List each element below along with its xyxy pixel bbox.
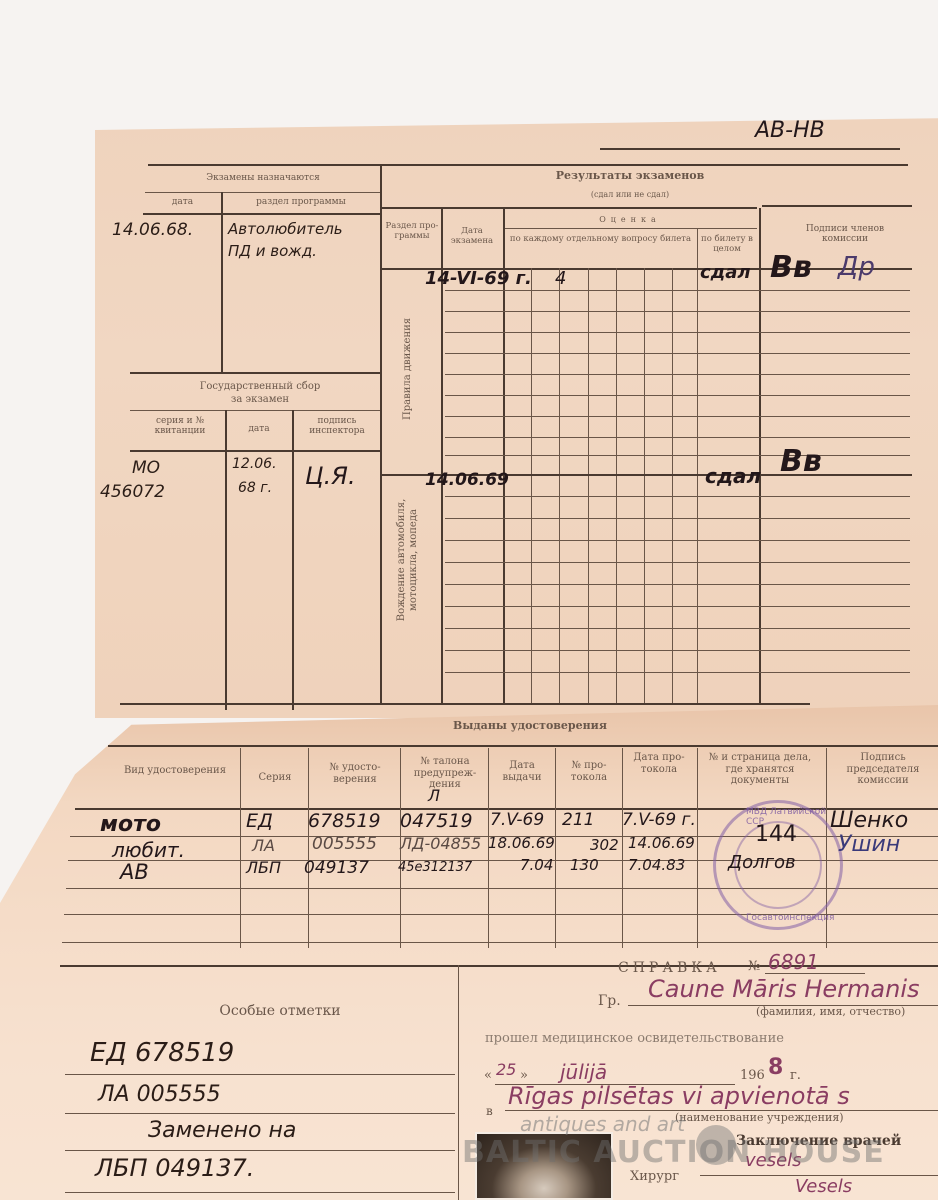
col-talon-number: № талона предупреж-дения [402, 756, 488, 791]
surgeon-label: Хирург [630, 1170, 679, 1185]
col-chair-signature: Подпись председателя комиссии [828, 752, 938, 787]
issue-date-value: 7.V-69 [490, 810, 544, 830]
citizen-label: Гр. [598, 993, 621, 1009]
grid-line [445, 395, 910, 396]
special-mark-line: Заменено на [148, 1118, 296, 1143]
col-license-type: Вид удостоверения [110, 765, 240, 777]
quote-open: « [484, 1069, 492, 1084]
special-marks-title: Особые отметки [150, 1003, 410, 1019]
license-number-value: 049137 [304, 858, 369, 878]
divider [120, 703, 810, 705]
grid-line [672, 268, 673, 704]
col-series: Серия [242, 772, 308, 784]
divider [308, 748, 309, 948]
col-protocol-date: Дата про-токола [624, 752, 694, 775]
fee-date-value-2: 68 г. [238, 480, 272, 496]
col-issue-date: Дата выдачи [490, 760, 554, 783]
writing-line [65, 1192, 455, 1193]
divider [130, 410, 380, 411]
col-protocol-number: № про-токола [556, 760, 622, 783]
grid-line [445, 416, 910, 417]
col-section-label: раздел программы [222, 197, 380, 207]
special-mark-line: ЕД 678519 [90, 1038, 234, 1068]
divider [240, 748, 241, 948]
state-fee-title-1: Государственный сбор [160, 381, 360, 393]
grid-line [445, 353, 910, 354]
grid-line [445, 332, 910, 333]
divider [108, 745, 938, 747]
talon-mark: Л [428, 786, 440, 805]
stamp-text-bottom: Госавтоинспекция [746, 913, 834, 923]
grid-line [445, 540, 910, 541]
license-type-value: АВ [120, 860, 149, 884]
certificate-number-label: № [748, 960, 760, 975]
protocol-number-value: 130 [570, 856, 599, 874]
grid-line [445, 496, 910, 497]
grid-line [445, 650, 910, 651]
case-signature-value: Долгов [728, 852, 796, 873]
protocol-number-value: 302 [590, 836, 619, 854]
divider [762, 205, 912, 207]
grid-line [445, 437, 910, 438]
license-series-value: ЕД [246, 810, 273, 832]
grid-line [445, 518, 910, 519]
talon-number-value: ЛД-04855 [400, 834, 481, 853]
grid-line [445, 374, 910, 375]
row-result: сдал [705, 464, 761, 488]
writing-line [65, 1074, 455, 1075]
grid-line [445, 455, 910, 456]
divider [697, 229, 698, 704]
exam-section-value-1: Автолюбитель [228, 220, 343, 238]
state-fee-title-2: за экзамен [160, 394, 360, 406]
divider [145, 192, 380, 193]
row-section-driving: Вождение автомобиля, мотоцикла, мопеда [396, 475, 419, 645]
fee-date-value-1: 12.06. [232, 456, 277, 472]
citizen-caption: (фамилия, имя, отчество) [756, 1006, 905, 1019]
divider [292, 410, 294, 710]
divider [225, 410, 227, 710]
issue-date-value: 7.04 [520, 856, 553, 874]
divider [130, 450, 380, 452]
chair-signature-value: Шенко [830, 808, 908, 833]
talon-number-value: 047519 [400, 810, 473, 832]
results-title: Результаты экзаменов [470, 170, 790, 183]
col-grade-label: Оценка [505, 215, 755, 224]
divider [130, 372, 380, 374]
divider [148, 164, 908, 166]
col-exam-date-label: Дата экзамена [443, 227, 501, 247]
commission-signature-1: Вв [780, 444, 822, 479]
grid-line [445, 606, 910, 607]
corner-note: АВ-НВ [755, 118, 825, 143]
col-program-section-label: Раздел про-граммы [384, 222, 440, 242]
grid-line [62, 942, 938, 943]
divider [221, 192, 223, 372]
protocol-number-value: 211 [562, 810, 594, 830]
divider [382, 207, 757, 209]
receipt-number-value: 456072 [100, 482, 165, 502]
grid-line [559, 268, 560, 704]
col-case-page: № и страница дела, где хранятся документ… [700, 752, 820, 787]
results-subtitle: (сдал или не сдал) [470, 190, 790, 199]
year-digit-value: 8 [768, 1055, 783, 1080]
grid-line [445, 628, 910, 629]
case-number-value: 144 [755, 822, 797, 847]
grid-line [445, 584, 910, 585]
grid-line [445, 672, 910, 673]
row-exam-date: 14.06.69 [425, 470, 509, 490]
issue-date-value: 18.06.69 [488, 834, 555, 852]
grid-line [445, 290, 910, 291]
certificate-number-value: 6891 [768, 950, 819, 974]
institution-value: Rīgas pilsētas vi apvienotā s [508, 1082, 850, 1110]
col-date-label: дата [145, 197, 220, 207]
col-license-number: № удосто-верения [310, 762, 400, 785]
grid-line [445, 562, 910, 563]
certificate-title: СПРАВКА [618, 960, 721, 976]
col-fee-date-label: дата [228, 424, 290, 434]
exam-section-value-2: ПД и вожд. [228, 242, 317, 260]
license-type-value: мото [100, 812, 161, 837]
license-number-value: 678519 [308, 810, 381, 832]
grid-line [616, 268, 617, 704]
grid-line [531, 268, 532, 704]
chair-signature-value: Ушин [838, 832, 900, 857]
talon-number-value: 45е312137 [398, 860, 472, 875]
divider [697, 748, 698, 948]
divider [600, 148, 900, 150]
writing-line [65, 1150, 455, 1151]
special-mark-line: ЛБП 049137. [95, 1154, 254, 1182]
citizen-name-value: Caune Māris Hermanis [648, 975, 920, 1003]
grid-line [644, 268, 645, 704]
commission-signature-2: Др [838, 252, 875, 282]
passed-text: прошел медицинское освидетельствование [485, 1032, 784, 1047]
divider [505, 228, 757, 229]
divider [555, 748, 556, 948]
protocol-date-value: 14.06.69 [628, 834, 695, 852]
watermark-tagline: antiques and art [520, 1112, 685, 1136]
issued-title: Выданы удостоверения [380, 720, 680, 733]
divider [622, 748, 623, 948]
writing-line [765, 973, 865, 974]
row-exam-date: 14-VI-69 г. [425, 268, 532, 289]
commission-signature-1: Вв [770, 250, 812, 285]
inspector-signature: Ц.Я. [305, 462, 356, 490]
divider [759, 208, 761, 704]
license-number-value: 005555 [312, 834, 377, 854]
exam-date-value: 14.06.68. [112, 220, 193, 240]
col-per-ticket-label: по билету в целом [697, 235, 757, 255]
institution-label: в [486, 1105, 493, 1119]
license-type-value: любит. [112, 838, 185, 862]
col-inspector-label: подпись инспектора [294, 416, 380, 437]
date-day-value: 25 [496, 1060, 516, 1079]
institution-caption: (наименование учреждения) [675, 1112, 844, 1125]
special-mark-line: ЛА 005555 [98, 1082, 221, 1107]
row-section-traffic-rules: Правила движения [402, 318, 414, 420]
protocol-date-value: 7.V-69 г. [622, 810, 696, 830]
row-grade: 4 [555, 268, 566, 289]
col-per-question-label: по каждому отдельному вопросу билета [508, 235, 693, 245]
divider [143, 213, 380, 215]
protocol-date-value: 7.04.83 [628, 856, 685, 874]
divider [458, 965, 459, 1200]
col-commission-label: Подписи членов комиссии [790, 224, 900, 245]
receipt-series-value: МО [132, 458, 160, 478]
license-series-value: ЛБП [246, 858, 281, 877]
license-series-value: ЛА [252, 836, 275, 855]
divider [380, 164, 382, 704]
col-receipt-label: серия и № квитанции [135, 416, 225, 437]
grid-line [445, 311, 910, 312]
watermark-brand: BALTIC AUCTION HOUSE [462, 1135, 885, 1170]
grid-line [588, 268, 589, 704]
row-result: сдал [700, 262, 751, 283]
exams-scheduled-title: Экзамены назначаются [148, 173, 378, 183]
date-month-value: jūlijā [560, 1060, 607, 1084]
next-doctor-value: Vesels [795, 1176, 852, 1197]
writing-line [65, 1113, 455, 1114]
